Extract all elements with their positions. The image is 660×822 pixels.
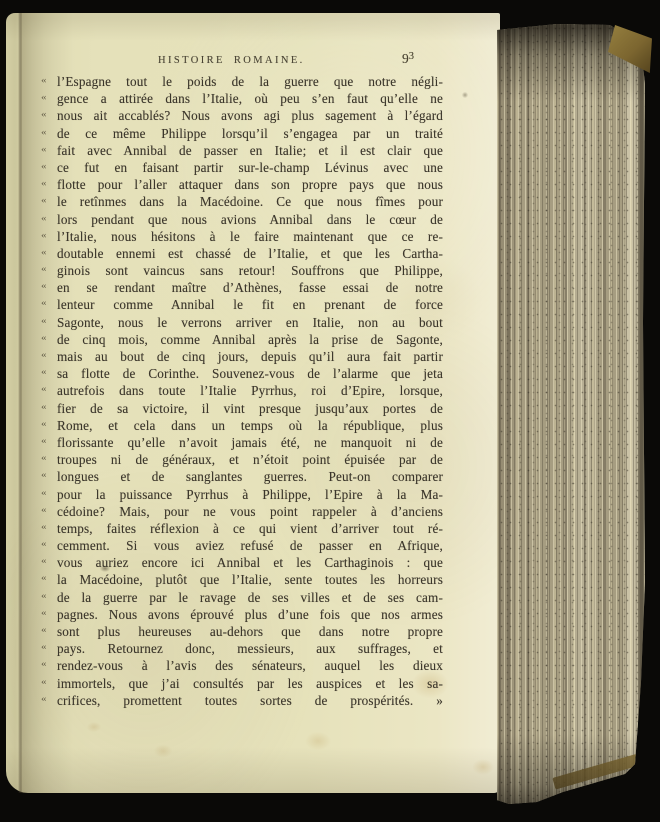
body-line-text: de ce même Philippe lorsqu’il s’engagea … <box>57 125 443 142</box>
opening-guillemet-mark: « <box>41 557 47 567</box>
body-line-text: autrefois dans toute l’Italie Pyrrhus, r… <box>57 382 443 399</box>
body-line-text: doutable ennemi est chassé de l’Italie, … <box>57 245 443 262</box>
opening-guillemet-mark: « <box>41 540 47 550</box>
body-text-line: « fait avec Annibal de passer en Italie;… <box>57 142 443 159</box>
body-line-text: temps, faites réflexion à ce qui vient d… <box>57 520 443 537</box>
body-text-line: « rendez-vous à l’avis des sénateurs, au… <box>57 657 443 674</box>
foxing-stain <box>468 756 498 778</box>
body-line-text: pays. Retournez donc, messieurs, aux suf… <box>57 640 443 657</box>
body-text-line: « sont plus heureuses au-dehors que dans… <box>57 623 443 640</box>
fore-edge-shading <box>497 22 645 804</box>
opening-guillemet-mark: « <box>41 608 47 618</box>
opening-guillemet-mark: « <box>41 93 47 103</box>
body-text-line: « le retînmes dans la Macédoine. Ce que … <box>57 193 443 210</box>
page-number-raised-digit: 3 <box>409 51 414 62</box>
body-text-line: « l’Italie, nous hésitons à le faire mai… <box>57 228 443 245</box>
body-text-line: « de ce même Philippe lorsqu’il s’engage… <box>57 125 443 142</box>
opening-guillemet-mark: « <box>41 196 47 206</box>
body-line-text: longues et de sanglantes guerres. Peut-o… <box>57 468 443 485</box>
body-text-line: « fier de sa victoire, il vint presque j… <box>57 400 443 417</box>
body-text-line: « nous ait accablés? Nous avons agi plus… <box>57 107 443 124</box>
body-text-line: « Rome, et cela dans un temps où la répu… <box>57 417 443 434</box>
opening-guillemet-mark: « <box>41 402 47 412</box>
body-line-text: fait avec Annibal de passer en Italie; e… <box>57 142 443 159</box>
body-line-text: l’Espagne tout le poids de la guerre que… <box>57 73 443 90</box>
body-text-line: « ginois sont vaincus sans retour! Souff… <box>57 262 443 279</box>
body-text-line: « cemment. Si vous aviez refusé de passe… <box>57 537 443 554</box>
body-line-text: Sagonte, nous le verrons arriver en Ital… <box>57 314 443 331</box>
body-text-line: « de la guerre par le ravage de ses vill… <box>57 589 443 606</box>
body-line-text: la Macédoine, plutôt que l’Italie, sente… <box>57 571 443 588</box>
body-text-line: « florissante qu’elle n’avoit jamais été… <box>57 434 443 451</box>
body-line-text: nous ait accablés? Nous avons agi plus s… <box>57 107 443 124</box>
body-line-text: crifices, promettent toutes sortes de pr… <box>57 692 443 709</box>
opening-guillemet-mark: « <box>41 471 47 481</box>
opening-guillemet-mark: « <box>41 76 47 86</box>
opening-guillemet-mark: « <box>41 505 47 515</box>
body-line-text: en se rendant maître d’Athènes, fasse es… <box>57 279 443 296</box>
binding-crease-line <box>18 13 22 793</box>
body-text-line: « lenteur comme Annibal le fit en prenan… <box>57 296 443 313</box>
opening-guillemet-mark: « <box>41 110 47 120</box>
body-text-line: « doutable ennemi est chassé de l’Italie… <box>57 245 443 262</box>
running-title: HISTOIRE ROMAINE. <box>158 55 305 66</box>
body-text-line: « longues et de sanglantes guerres. Peut… <box>57 468 443 485</box>
opening-guillemet-mark: « <box>41 591 47 601</box>
body-text-line: « pays. Retournez donc, messieurs, aux s… <box>57 640 443 657</box>
body-line-text: mais au bout de cinq jours, depuis qu’il… <box>57 348 443 365</box>
body-line-text: pagnes. Nous avons éprouvé plus d’une fo… <box>57 606 443 623</box>
opening-guillemet-mark: « <box>41 626 47 636</box>
opening-guillemet-mark: « <box>41 574 47 584</box>
page-number-digit: 9 <box>402 51 409 66</box>
opening-guillemet-mark: « <box>41 694 47 704</box>
opening-guillemet-mark: « <box>41 144 47 154</box>
body-text-line: « troupes ni de généraux, et n’étoit poi… <box>57 451 443 468</box>
opening-guillemet-mark: « <box>41 127 47 137</box>
body-line-text: pour la puissance Pyrrhus à Philippe, l’… <box>57 486 443 503</box>
body-text-line: « autrefois dans toute l’Italie Pyrrhus,… <box>57 382 443 399</box>
opening-guillemet-mark: « <box>41 522 47 532</box>
body-line-text: cédoine? Mais, pour ne vous point rappel… <box>57 503 443 520</box>
body-text-line: « crifices, promettent toutes sortes de … <box>57 692 443 709</box>
page-text-block: HISTOIRE ROMAINE. 93 « l’Espagne tout le… <box>57 47 443 709</box>
opening-guillemet-mark: « <box>41 282 47 292</box>
body-line-text: lenteur comme Annibal le fit en prenant … <box>57 296 443 313</box>
ink-speck <box>461 91 469 99</box>
body-text-line: « cédoine? Mais, pour ne vous point rapp… <box>57 503 443 520</box>
body-text-line: « de cinq mois, comme Annibal après la p… <box>57 331 443 348</box>
opening-guillemet-mark: « <box>41 333 47 343</box>
opening-guillemet-mark: « <box>41 179 47 189</box>
opening-guillemet-mark: « <box>41 247 47 257</box>
body-line-text: sa flotte de Corinthe. Souvenez-vous de … <box>57 365 443 382</box>
body-line-text: l’Italie, nous hésitons à le faire maint… <box>57 228 443 245</box>
body-text-line: « sa flotte de Corinthe. Souvenez-vous d… <box>57 365 443 382</box>
body-line-text: troupes ni de généraux, et n’étoit point… <box>57 451 443 468</box>
body-line-text: florissante qu’elle n’avoit jamais été, … <box>57 434 443 451</box>
opening-guillemet-mark: « <box>41 351 47 361</box>
body-text-line: « gence a attirée dans l’Italie, où peu … <box>57 90 443 107</box>
foxing-stain <box>150 742 176 760</box>
foxing-stain <box>300 728 336 754</box>
body-text-line: « ce fut en faisant partir sur-le-champ … <box>57 159 443 176</box>
book-photograph: HISTOIRE ROMAINE. 93 « l’Espagne tout le… <box>0 0 660 822</box>
body-text-line: « immortels, que j’ai consultés par les … <box>57 675 443 692</box>
body-line-text: fier de sa victoire, il vint presque jus… <box>57 400 443 417</box>
opening-guillemet-mark: « <box>41 213 47 223</box>
body-line-text: Rome, et cela dans un temps où la républ… <box>57 417 443 434</box>
body-text-line: « mais au bout de cinq jours, depuis qu’… <box>57 348 443 365</box>
opening-guillemet-mark: « <box>41 265 47 275</box>
body-text-line: « vous auriez encore ici Annibal et les … <box>57 554 443 571</box>
opening-guillemet-mark: « <box>41 419 47 429</box>
body-text-line: « lors pendant que nous avions Annibal d… <box>57 211 443 228</box>
body-line-text: immortels, que j’ai consultés par les au… <box>57 675 443 692</box>
opening-guillemet-mark: « <box>41 660 47 670</box>
book-fore-edge-page-stack <box>497 22 645 804</box>
body-line-text: ce fut en faisant partir sur-le-champ Lé… <box>57 159 443 176</box>
book-page: HISTOIRE ROMAINE. 93 « l’Espagne tout le… <box>6 13 500 793</box>
opening-guillemet-mark: « <box>41 230 47 240</box>
opening-guillemet-mark: « <box>41 454 47 464</box>
body-line-text: lors pendant que nous avions Annibal dan… <box>57 211 443 228</box>
body-line-text: vous auriez encore ici Annibal et les Ca… <box>57 554 443 571</box>
opening-guillemet-mark: « <box>41 316 47 326</box>
opening-guillemet-mark: « <box>41 299 47 309</box>
body-text-line: « pagnes. Nous avons éprouvé plus d’une … <box>57 606 443 623</box>
body-text-line: « flotte pour l’aller attaquer dans son … <box>57 176 443 193</box>
page-number: 93 <box>402 51 414 67</box>
body-text-line: « pour la puissance Pyrrhus à Philippe, … <box>57 486 443 503</box>
body-text-line: « l’Espagne tout le poids de la guerre q… <box>57 73 443 90</box>
opening-guillemet-mark: « <box>41 161 47 171</box>
body-line-text: sont plus heureuses au-dehors que dans n… <box>57 623 443 640</box>
body-text-line: « temps, faites réflexion à ce qui vient… <box>57 520 443 537</box>
opening-guillemet-mark: « <box>41 385 47 395</box>
body-text-line: « Sagonte, nous le verrons arriver en It… <box>57 314 443 331</box>
body-line-text: le retînmes dans la Macédoine. Ce que no… <box>57 193 443 210</box>
opening-guillemet-mark: « <box>41 436 47 446</box>
body-text-line: « la Macédoine, plutôt que l’Italie, sen… <box>57 571 443 588</box>
opening-guillemet-mark: « <box>41 643 47 653</box>
body-line-text: rendez-vous à l’avis des sénateurs, auqu… <box>57 657 443 674</box>
foxing-stain <box>84 720 104 734</box>
body-line-text: cemment. Si vous aviez refusé de passer … <box>57 537 443 554</box>
cover-edge-sliver <box>552 750 651 789</box>
opening-guillemet-mark: « <box>41 677 47 687</box>
opening-guillemet-mark: « <box>41 368 47 378</box>
body-line-text: flotte pour l’aller attaquer dans son pr… <box>57 176 443 193</box>
body-line-text: ginois sont vaincus sans retour! Souffro… <box>57 262 443 279</box>
body-line-text: gence a attirée dans l’Italie, où peu s’… <box>57 90 443 107</box>
body-text-line: « en se rendant maître d’Athènes, fasse … <box>57 279 443 296</box>
opening-guillemet-mark: « <box>41 488 47 498</box>
body-line-text: de la guerre par le ravage de ses villes… <box>57 589 443 606</box>
page-header: HISTOIRE ROMAINE. 93 <box>57 47 443 73</box>
body-line-text: de cinq mois, comme Annibal après la pri… <box>57 331 443 348</box>
